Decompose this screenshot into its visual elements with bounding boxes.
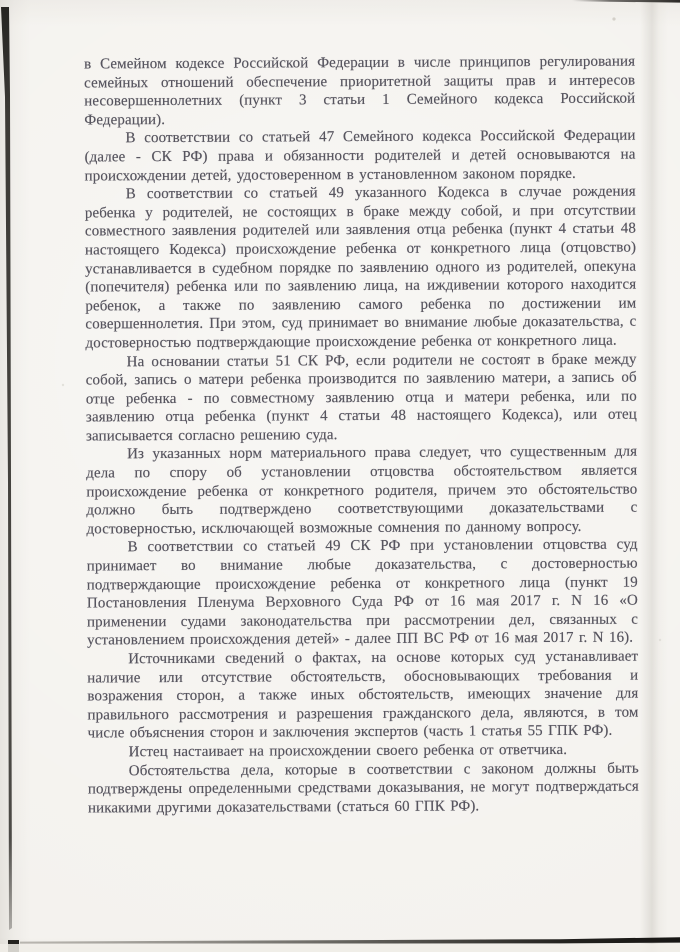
document-text: в Семейном кодексе Российской Федерации … — [84, 53, 639, 818]
paragraph-5: Из указанных норм материального права сл… — [86, 443, 637, 539]
paragraph-4: На основании статьи 51 СК РФ, если родит… — [86, 350, 637, 446]
paragraph-7: Источниками сведений о фактах, на основе… — [87, 648, 638, 744]
scan-artifact-next-page-strip — [0, 944, 680, 952]
scan-artifact-left-edge — [1, 7, 12, 930]
scan-artifact-bottom-line — [20, 937, 680, 943]
paragraph-3: В соответствии со статьей 49 указанного … — [85, 183, 637, 353]
paragraph-6: В соответствии со статьей 49 СК РФ при у… — [87, 536, 639, 650]
scan-artifact-top-edge — [572, 0, 680, 3]
paragraph-9: Обстоятельства дела, которые в соответст… — [88, 759, 639, 818]
paragraph-8: Истец настаивает на происхождении своего… — [88, 741, 639, 762]
scan-speck — [659, 639, 661, 641]
scanned-page: в Семейном кодексе Российской Федерации … — [0, 0, 680, 952]
scan-speck — [62, 384, 64, 386]
scan-speck — [612, 17, 615, 20]
paragraph-2: В соответствии со статьей 47 Семейного к… — [84, 127, 635, 186]
scan-artifact-bottom-left-block — [8, 940, 19, 952]
paragraph-1: в Семейном кодексе Российской Федерации … — [84, 53, 635, 130]
